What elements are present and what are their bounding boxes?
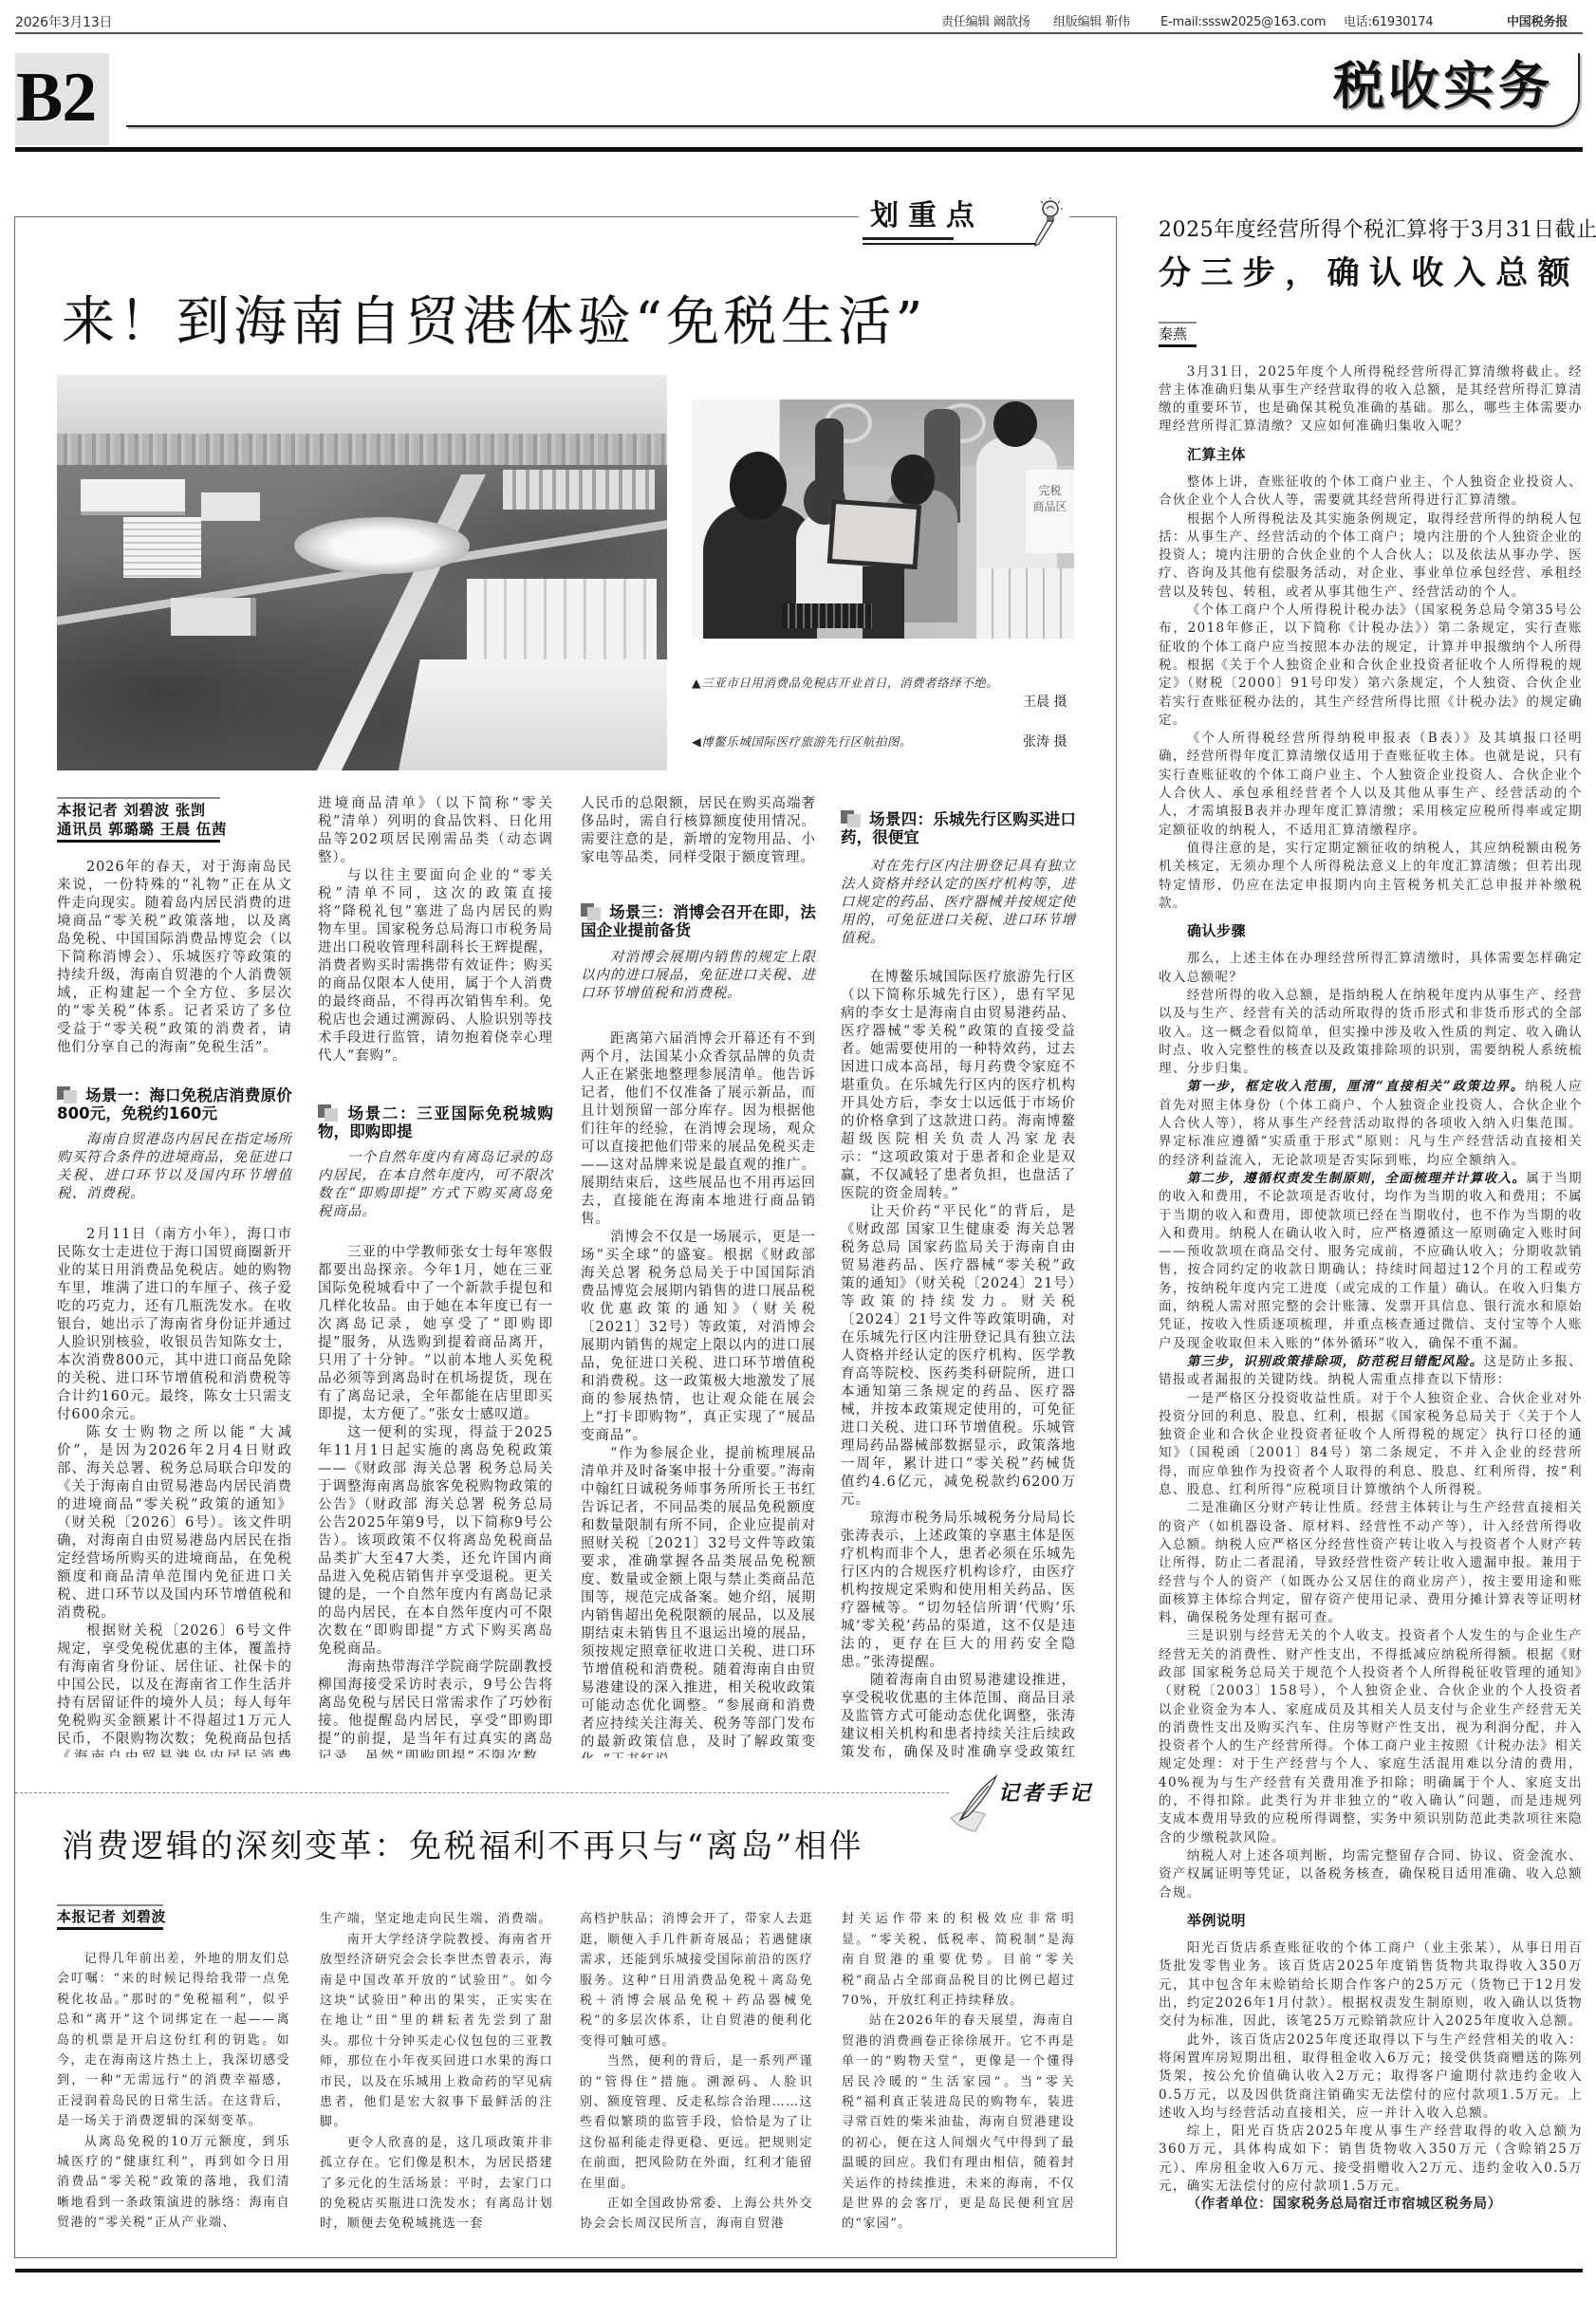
section-title: 税收实务 — [1333, 55, 1561, 116]
paragraph: 根据财关税〔2026〕6号文件规定，享受免税优惠的主体，覆盖持有海南省身份证、居… — [57, 1623, 292, 1758]
paragraph-continued: 高档护肤品；消博会开了，带家人去逛逛，顺便入手几件新奇展品；若遇健康需求，还能到… — [580, 1909, 813, 2051]
aerial-photo-caption: ◀博鳌乐城国际医疗旅游先行区航拍图。 — [692, 733, 912, 751]
section-heading: 确认步骤 — [1159, 922, 1583, 940]
paragraph-continued: 封关运作带来的积极效应非常明显。“零关税、低税率、简税制”是海南自贸港的重要优势… — [842, 1909, 1075, 2011]
paragraph: 当然，便利的背后，是一系列严谨的“管得住”措施。溯源码、人脸识别、额度管理、反走… — [580, 2051, 813, 2194]
marker-square-light — [325, 1108, 338, 1122]
step-lead: 第二步，遵循权责发生制原则，全面梳理并计算收入。 — [1187, 1171, 1527, 1186]
scene-heading: 场景四：乐城先行区购买进口药，很便宜 — [841, 810, 1076, 846]
paragraph: 琼海市税务局乐城税务分局局长张涛表示，上述政策的享惠主体是医疗机构而非个人，患者… — [841, 1510, 1076, 1672]
step-paragraph: 第三步，识别政策排除项，防范税目错配风险。这是防止多报、错报或者漏报的关键防线。… — [1159, 1353, 1583, 1390]
feature-byline: 本报记者 刘碧波 张剀 通讯员 郭璐璐 王晨 伍茜 — [57, 797, 220, 843]
commentary-column-4: 封关运作带来的积极效应非常明显。“零关税、低税率、简税制”是海南自贸港的重要优势… — [842, 1909, 1075, 2249]
aerial-photo — [57, 375, 667, 770]
paragraph: 更令人欣喜的是，这几项政策并非孤立存在。它们像是积木，为居民搭建了多元化的生活场… — [320, 2133, 553, 2235]
newspaper-name: 中国税务报 — [1507, 14, 1568, 31]
paragraph: 这一便利的实现，得益于2025年11月1日起实施的离岛免税政策——《财政部 海关… — [318, 1424, 553, 1659]
header-rule — [15, 32, 1583, 34]
marker-square-light — [587, 907, 601, 920]
responsible-editor: 责任编辑 阚歆扬 — [941, 14, 1030, 31]
tax-article-title: 分三步，确认收入总额 — [1159, 254, 1580, 292]
photo-pos-screen — [827, 499, 922, 569]
step-paragraph: 第二步，遵循权责发生制原则，全面梳理并计算收入。属于当期的收入和费用，不论款项是… — [1159, 1170, 1583, 1353]
masthead-bottom-rule — [15, 147, 1583, 152]
paragraph: 整体上讲，查账征收的个体工商户业主、个人独资企业投资人、合伙企业个人合伙人等，需… — [1159, 473, 1583, 510]
layout-editor: 组版编辑 靳伟 — [1053, 14, 1130, 31]
paragraph: 此外，该百货店2025年度还取得以下与生产经营相关的收入：将闲置库房短期出租，取… — [1159, 2031, 1583, 2123]
article-intro: 3月31日，2025年度个人所得税经营所得汇算清缴将截止。经营主体准确归集从事生… — [1159, 363, 1583, 436]
commentary-column-1: 本报记者 刘碧波 记得几年前出差，外地的朋友们总会叮嘱：“来的时候记得给我带一点… — [57, 1904, 290, 2249]
byline-reporters: 本报记者 刘碧波 张剀 — [57, 801, 220, 820]
contact-phone: 电话:61930174 — [1344, 14, 1433, 31]
section-marker-icon — [581, 903, 602, 919]
paragraph: 让天价药“平民化”的背后，是《财政部 国家卫生健康委 海关总署 税务总局 国家药… — [841, 1203, 1076, 1510]
scene-summary: 对在先行区内注册登记具有独立法人资格并经认定的医疗机构等，进口规定的药品、医疗器… — [841, 858, 1076, 948]
contact-email: E-mail:sssw2025@163.com — [1160, 14, 1326, 31]
section-heading: 汇算主体 — [1159, 446, 1583, 464]
paragraph: 纳税人对上述各项判断，均需完整留存合同、协议、资金流水、资产权属证明等凭证，以备… — [1159, 1847, 1583, 1902]
feature-headline: 来！到海南自贸港体验“免税生活” — [62, 289, 927, 356]
paragraph: 阳光百货店系查账征收的个体工商户（业主张某），从事日用百货批发零售业务。该百货店… — [1159, 1939, 1583, 2031]
quill-pen-icon — [947, 1772, 1000, 1835]
feature-intro: 2026年的春天，对于海南岛民来说，一份特殊的“礼物”正在从文件走向现实。随着岛… — [57, 859, 292, 1057]
photo-building — [123, 517, 201, 578]
store-photo-caption: ▲三亚市日用消费品免税店开业首日，消费者络绎不绝。 — [692, 675, 998, 692]
paragraph: 南开大学经济学院教授、海南省开放型经济研究会会长李世杰曾表示，海南是中国改革开放… — [320, 1930, 553, 2133]
paragraph-continued: 进境商品清单》（以下简称“零关税”清单）列明的食品饮料、日化用品等202项居民刚… — [318, 795, 553, 867]
photo-basket — [976, 568, 1074, 639]
feature-column-2: 进境商品清单》（以下简称“零关税”清单）列明的食品饮料、日化用品等202项居民刚… — [318, 795, 553, 1758]
scene-heading: 场景一：海口免税店消费原价800元，免税约160元 — [57, 1086, 292, 1122]
store-sign-line1: 完税 — [1026, 483, 1074, 499]
section-marker-icon — [318, 1104, 339, 1121]
paragraph: 正如全国政协常委、上海公共外交协会会长周汉民所言，海南自贸港 — [580, 2194, 813, 2235]
paragraph: 综上，阳光百货店2025年度从事生产经营取得的收入总额为360万元，具体构成如下… — [1159, 2123, 1583, 2196]
photo-building — [81, 479, 185, 515]
section-marker-icon — [841, 810, 862, 826]
dashed-divider — [15, 1792, 949, 1793]
tax-article-body: 3月31日，2025年度个人所得税经营所得汇算清缴将截止。经营主体准确归集从事生… — [1159, 363, 1583, 2247]
commentary-column-2: 生产端，坚定地走向民生端、消费端。 南开大学经济学院教授、海南省开放型经济研究会… — [320, 1909, 553, 2249]
scene-heading-text: 场景四：乐城先行区购买进口药，很便宜 — [841, 810, 1076, 846]
store-sign-line2: 商品区 — [1026, 499, 1074, 515]
paragraph: 一是严格区分投资收益性质。对于个人独资企业、合伙企业对外投资分回的利息、股息、红… — [1159, 1390, 1583, 1500]
paragraph: 记得几年前出差，外地的朋友们总会叮嘱：“来的时候记得给我带一点免税化妆品。”那时… — [57, 1949, 290, 2132]
paragraph: 随着海南自由贸易港建设推进，享受税收优惠的主体范围、商品目录及监管方式可能动态优… — [841, 1672, 1076, 1759]
paragraph: 《个人所得税经营所得纳税申报表（B表）》及其填报口径明确，经营所得年度汇算清缴仅… — [1159, 730, 1583, 840]
paragraph: 经营所得的收入总额，是指纳税人在纳税年度内从事生产、经营以及与生产、经营有关的活… — [1159, 987, 1583, 1078]
photo-keyboard — [782, 603, 872, 628]
paragraph: “作为参展企业，提前梳理展品清单并及时备案申报十分重要。”海南中翰红日诚税务师事… — [581, 1445, 816, 1758]
byline-correspondents: 通讯员 郭璐璐 王晨 伍茜 — [57, 820, 220, 839]
scene-heading-text: 场景三：消博会召开在即，法国企业提前备货 — [581, 903, 816, 939]
paragraph: 三是识别与经营无关的个人收支。投资者个人发生的与企业生产经营无关的消费性、财产性… — [1159, 1627, 1583, 1847]
scene-heading-text: 场景二：三亚国际免税城购物，即购即提 — [318, 1104, 553, 1141]
issue-date: 2026年3月13日 — [15, 14, 112, 31]
photo-right-shopper-head — [993, 401, 1037, 447]
scene-summary: 对消博会展期内销售的规定上限以内的进口展品，免征进口关税、进口环节增值税和消费税… — [581, 949, 816, 1003]
aerial-photo-credit: 张涛 摄 — [1023, 733, 1067, 751]
photo-woman-head — [891, 454, 935, 506]
tag-underline-thick — [863, 237, 954, 240]
paragraph-continued: 生产端，坚定地走向民生端、消费端。 — [320, 1909, 553, 1929]
photo-far-buildings — [503, 470, 655, 510]
photo-cashier-head — [730, 452, 787, 520]
commentary-column-3: 高档护肤品；消博会开了，带家人去逛逛，顺便入手几件新奇展品；若遇健康需求，还能到… — [580, 1909, 813, 2249]
page-number: B2 — [16, 63, 96, 133]
commentary-headline: 消费逻辑的深刻变革：免税福利不再只与“离岛”相伴 — [62, 1827, 863, 1865]
step-lead: 第一步，框定收入范围，厘清“直接相关”政策边界。 — [1187, 1079, 1525, 1094]
feature-column-1: 本报记者 刘碧波 张剀 通讯员 郭璐璐 王晨 伍茜 2026年的春天，对于海南岛… — [57, 797, 292, 1757]
photo-dome-building — [294, 517, 470, 574]
commentary-tag: 记者手记 — [998, 1780, 1093, 1807]
photo-building — [201, 492, 260, 521]
section-marker-icon — [57, 1086, 78, 1103]
paragraph: 三亚的中学教师张女士每年寒假都要出岛探亲。今年1月，她在三亚国际免税城看中了一个… — [318, 1244, 553, 1424]
paragraph: 站在2026年的春天展望，海南自贸港的消费画卷正徐徐展开。它不再是单一的“购物天… — [842, 2011, 1075, 2234]
paragraph: 从离岛免税的10万元额度，到乐城医疗的“健康红利”，再到如今日用消费品“零关税”… — [57, 2132, 290, 2234]
scene-heading: 场景三：消博会召开在即，法国企业提前备货 — [581, 903, 816, 939]
step-lead: 第三步，识别政策排除项，防范税目错配风险。 — [1187, 1354, 1484, 1369]
feature-column-3: 人民币的总限额，居民在购买高端奢侈品时，需自行核算额度使用情况。需要注意的是，新… — [581, 795, 816, 1758]
paragraph: 二是准确区分财产转让性质。经营主体转让与生产经营直接相关的资产（如机器设备、原材… — [1159, 1499, 1583, 1627]
commentary-byline: 本报记者 刘碧波 — [57, 1904, 163, 1930]
duty-free-store-photo: 完税 商品区 — [692, 399, 1074, 639]
marker-square-light — [847, 814, 861, 827]
photo-building — [171, 598, 256, 636]
step-text: 属于当期的收入和费用，不论款项是否收付，均作为当期的收入和费用；不属于当期的收入… — [1159, 1171, 1583, 1351]
paragraph: 在博鳌乐城国际医疗旅游先行区（以下简称乐城先行区），患有罕见病的李女士是海南自由… — [841, 969, 1076, 1203]
lightbulb-pencil-icon — [1028, 196, 1066, 248]
paragraph: 2月11日（南方小年），海口市民陈女士走进位于海口国贸商圈新开业的某日用消费品免… — [57, 1226, 292, 1424]
step-paragraph: 第一步，框定收入范围，厘清“直接相关”政策边界。纳税人应首先对照主体身份（个体工… — [1159, 1078, 1583, 1169]
paragraph: 那么，上述主体在办理经营所得汇算清缴时，具体需要怎样确定收入总额呢？ — [1159, 950, 1583, 987]
section-heading: 举例说明 — [1159, 1912, 1583, 1930]
scene-summary: 一个自然年度内有离岛记录的岛内居民，在本自然年度内，可不限次数在“即购即提”方式… — [318, 1149, 553, 1221]
feature-column-4: 场景四：乐城先行区购买进口药，很便宜 对在先行区内注册登记具有独立法人资格并经认… — [841, 810, 1076, 1759]
tax-article-author: 秦燕 — [1159, 322, 1197, 347]
paragraph: 根据个人所得税法及其实施条例规定，取得经营所得的纳税人包括：从事生产、经营活动的… — [1159, 510, 1583, 602]
photo-building — [399, 659, 667, 770]
highlight-tag-label: 划重点 — [870, 198, 984, 234]
page-bottom-rule — [15, 2269, 1583, 2272]
marker-square-light — [64, 1090, 77, 1104]
paragraph-continued: 人民币的总限额，居民在购买高端奢侈品时，需自行核算额度使用情况。需要注意的是，新… — [581, 795, 816, 867]
scene-heading-text: 场景一：海口免税店消费原价800元，免税约160元 — [57, 1086, 292, 1122]
tax-article-kicker: 2025年度经营所得个税汇算将于3月31日截止 — [1159, 217, 1583, 244]
paragraph: 值得注意的是，实行定期定额征收的纳税人，其应纳税额由税务机关核定，无须办理个人所… — [1159, 840, 1583, 913]
paragraph: 《个体工商户个人所得税计税办法》（国家税务总局令第35号公布，2018年修正，以… — [1159, 602, 1583, 730]
scene-summary: 海南自贸港岛内居民在指定场所购买符合条件的进境商品，免征进口关税、进口环节以及国… — [57, 1131, 292, 1203]
tag-underline-thin — [863, 243, 1037, 245]
paragraph: 与以往主要面向企业的“零关税”清单不同，这次的政策直接将“降税礼包”塞进了岛内居… — [318, 867, 553, 1066]
paragraph: 陈女士购物之所以能“大减价”，是因为2026年2月4日财政部、海关总署、税务总局… — [57, 1424, 292, 1623]
photo-skyline — [57, 434, 667, 468]
store-sign: 完税 商品区 — [1026, 470, 1074, 553]
paragraph: 海南热带海洋学院商学院副教授柳国海接受采访时表示，9号公告将离岛免税与居民日常需… — [318, 1659, 553, 1758]
scene-heading: 场景二：三亚国际免税城购物，即购即提 — [318, 1104, 553, 1141]
author-affiliation: （作者单位：国家税务总局宿迁市宿城区税务局） — [1159, 2196, 1583, 2214]
store-photo-credit: 王晨 摄 — [1023, 694, 1067, 711]
paragraph: 消博会不仅是一场展示，更是一场“买全球”的盛宴。根据《财政部 海关总署 税务总局… — [581, 1229, 816, 1445]
highlight-tag: 划重点 — [859, 195, 1069, 250]
paragraph: 距离第六届消博会开幕还有不到两个月，法国某小众香氛品牌的负责人正在紧张地整理参展… — [581, 1030, 816, 1229]
